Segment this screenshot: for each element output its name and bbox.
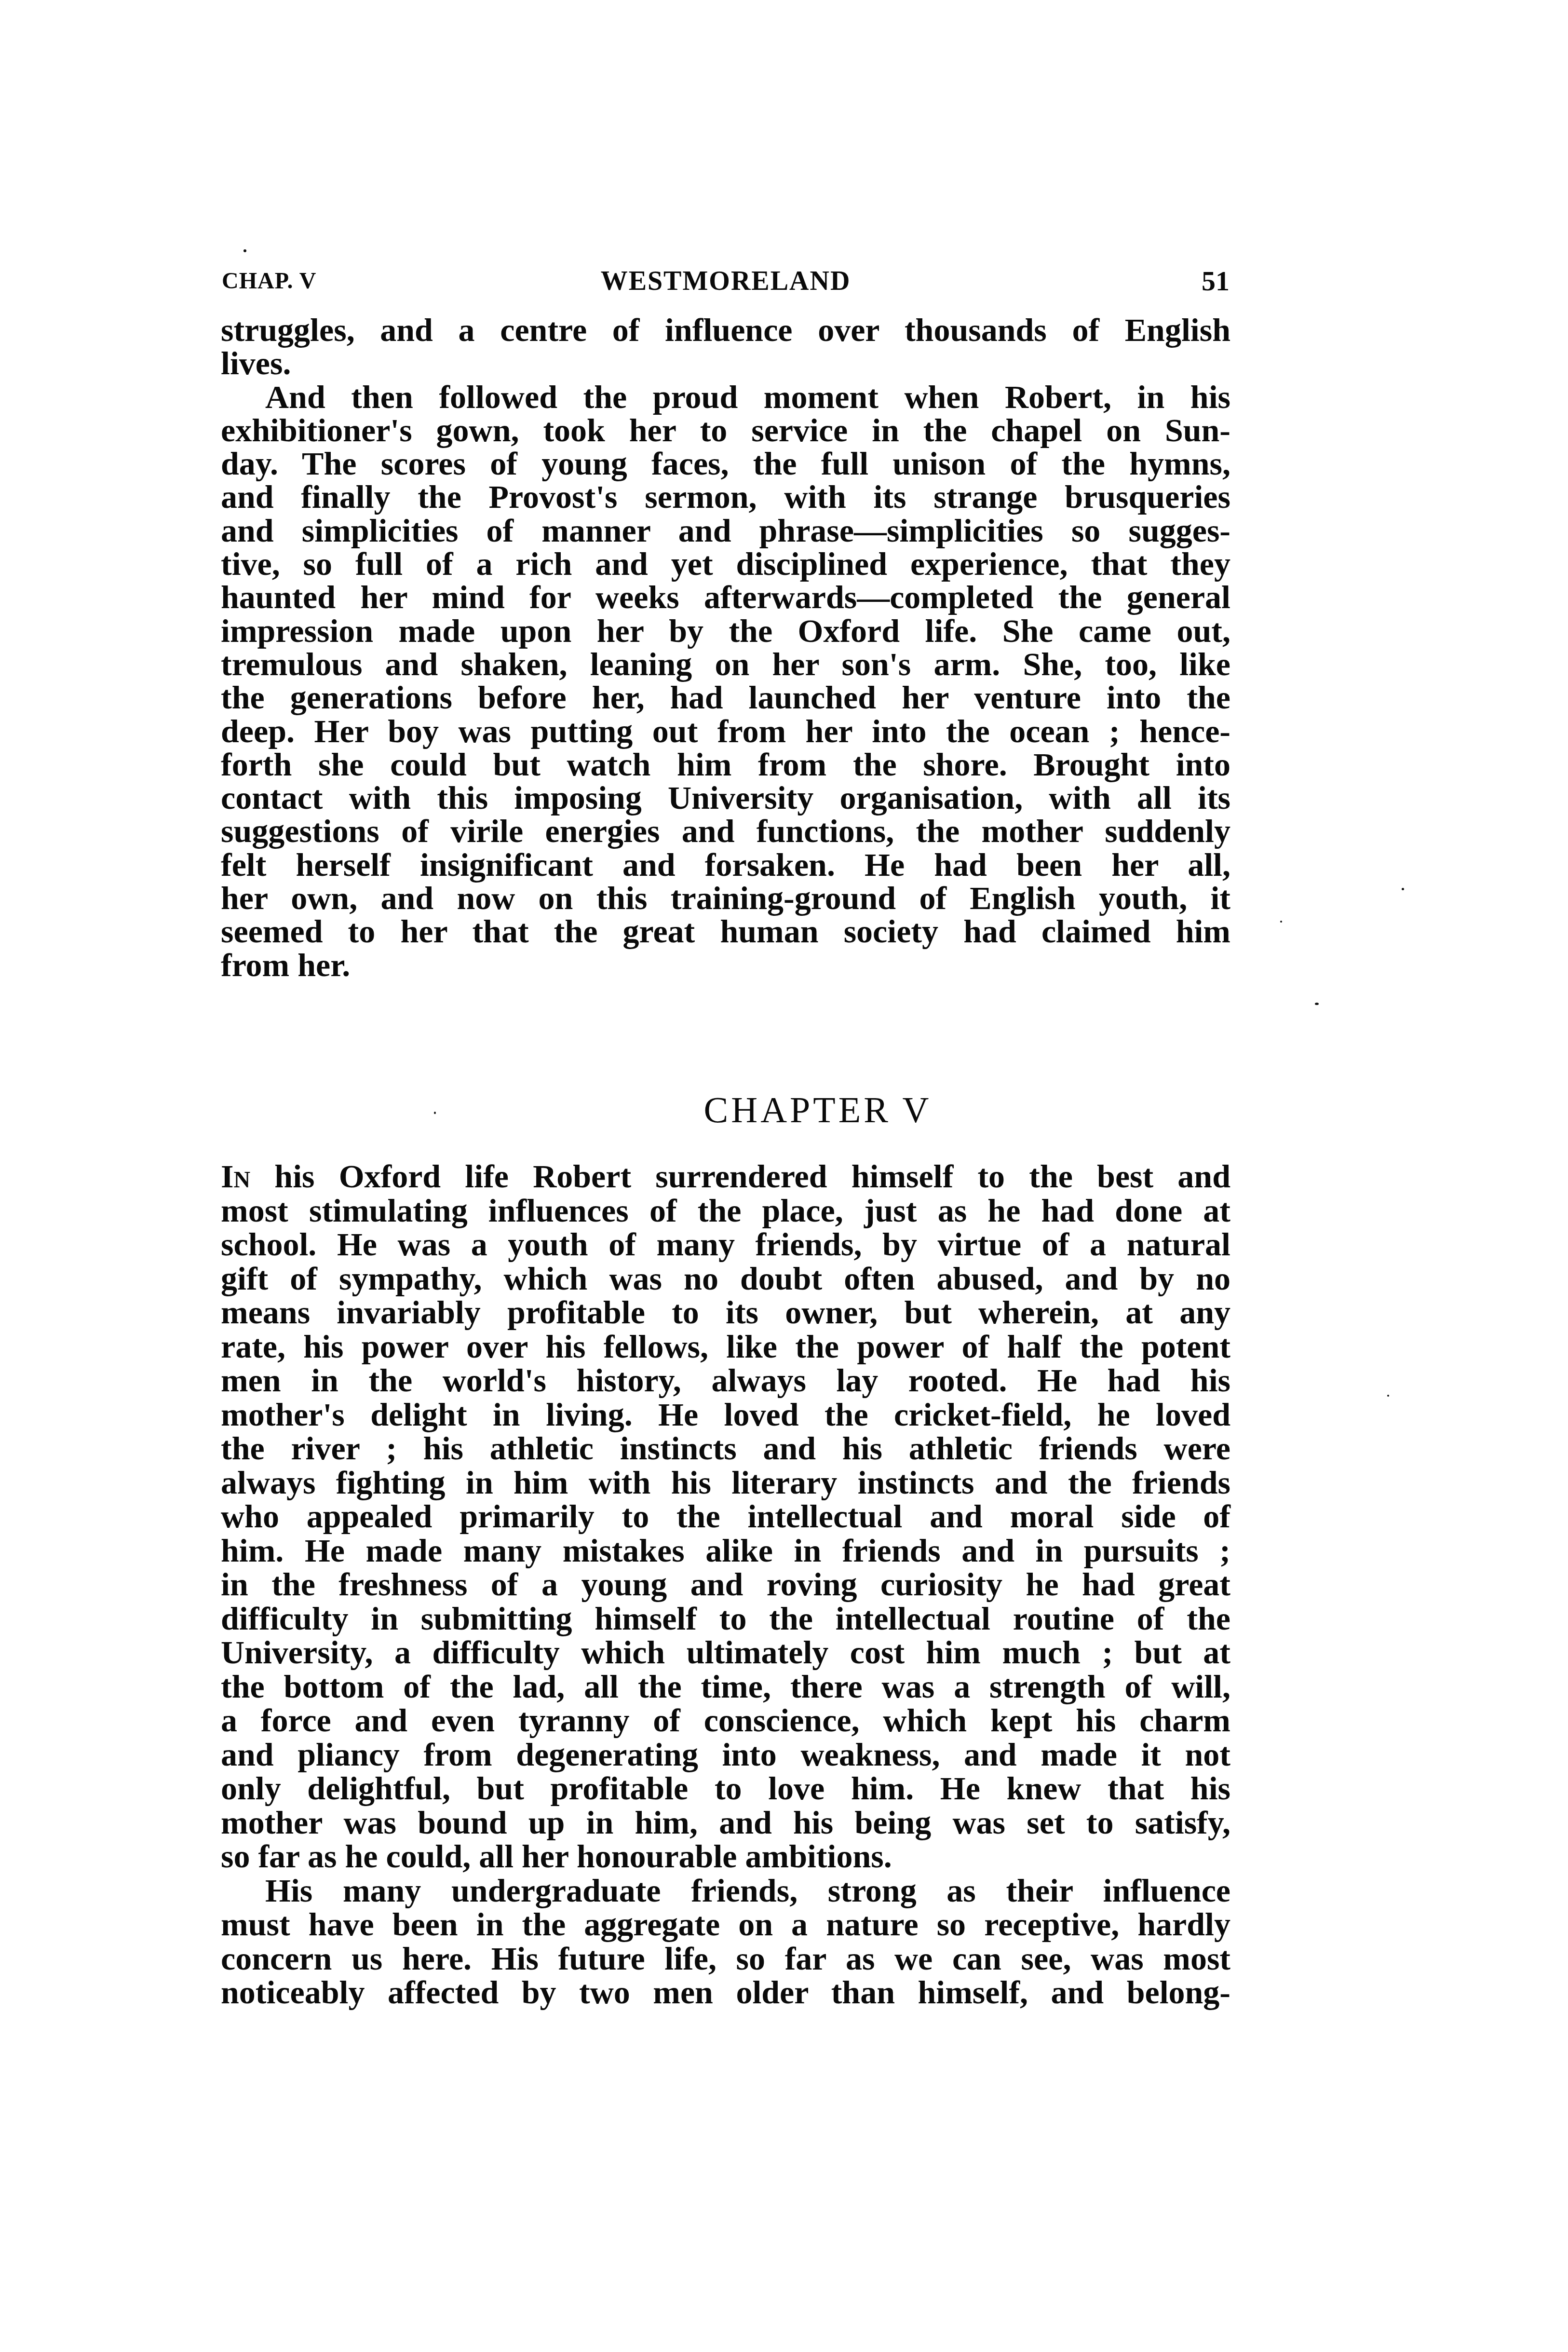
text-line: in the freshness of a young and roving c… (221, 1567, 1230, 1602)
text-line: her own, and now on this training-ground… (221, 882, 1230, 915)
text-line: day. The scores of young faces, the full… (221, 447, 1230, 480)
text-line: only delightful, but profitable to love … (221, 1771, 1230, 1806)
text-line: the bottom of the lad, all the time, the… (221, 1670, 1230, 1704)
text-line: deep. Her boy was putting out from her i… (221, 715, 1230, 748)
text-line: rate, his power over his fellows, like t… (221, 1330, 1230, 1364)
text-line: him. He made many mistakes alike in frie… (221, 1534, 1230, 1568)
text-line: the river ; his athletic instincts and h… (221, 1431, 1230, 1466)
text-line: a force and even tyranny of conscience, … (221, 1703, 1230, 1738)
running-head: CHAP. V WESTMORELAND 51 (222, 264, 1230, 298)
page-number: 51 (1202, 264, 1230, 298)
text-line: and simplicities of manner and phrase—si… (221, 514, 1230, 547)
text-line: most stimulating influences of the place… (221, 1194, 1230, 1228)
text-line: so far as he could, all her honourable a… (221, 1839, 1230, 1874)
text-line: tive, so full of a rich and yet discipli… (221, 547, 1230, 581)
text-line: impression made upon her by the Oxford l… (221, 614, 1230, 648)
scan-speck (1387, 1395, 1389, 1397)
scan-speck (1315, 1003, 1319, 1005)
text-line: concern us here. His future life, so far… (221, 1942, 1230, 1976)
text-line: His many undergraduate friends, strong a… (221, 1874, 1230, 1908)
text-line: must have been in the aggregate on a nat… (221, 1907, 1230, 1942)
text-line: the generations before her, had launched… (221, 681, 1230, 714)
text-line-opening: In his Oxford life Robert surrendered hi… (221, 1159, 1230, 1194)
text-line: means invariably profitable to its owner… (221, 1295, 1230, 1330)
text-line: tremulous and shaken, leaning on her son… (221, 648, 1230, 681)
opening-small-caps: In (221, 1158, 250, 1195)
chapter-heading-text: CHAPTER V (704, 1091, 932, 1129)
running-head-title: WESTMORELAND (222, 264, 1230, 298)
chapter-heading: CHAPTER V (0, 1091, 1568, 1129)
text-line: felt herself insignificant and forsaken.… (221, 848, 1230, 882)
text-line: And then followed the proud moment when … (221, 381, 1230, 414)
chapter-body-text: In his Oxford life Robert surrendered hi… (221, 1159, 1230, 2010)
text-line: mother was bound up in him, and his bein… (221, 1806, 1230, 1840)
text-line: gift of sympathy, which was no doubt oft… (221, 1262, 1230, 1296)
text-line: lives. (221, 347, 1230, 380)
text-line: forth she could but watch him from the s… (221, 748, 1230, 781)
text-line: and finally the Provost's sermon, with i… (221, 480, 1230, 514)
text-line: difficulty in submitting himself to the … (221, 1602, 1230, 1636)
text-line: suggestions of virile energies and funct… (221, 815, 1230, 848)
text-line: noticeably affected by two men older tha… (221, 1975, 1230, 2010)
scan-speck (434, 1112, 436, 1114)
opening-line-rest: his Oxford life Robert surrendered himse… (274, 1158, 1230, 1195)
book-page: CHAP. V WESTMORELAND 51 struggles, and a… (0, 0, 1568, 2352)
section-a-text: struggles, and a centre of influence ove… (221, 313, 1230, 982)
text-line: University, a difficulty which ultimatel… (221, 1635, 1230, 1670)
scan-speck (1280, 921, 1282, 923)
text-line: from her. (221, 949, 1230, 982)
text-line: haunted her mind for weeks afterwards—co… (221, 581, 1230, 614)
text-line: seemed to her that the great human socie… (221, 915, 1230, 948)
text-line: mother's delight in living. He loved the… (221, 1398, 1230, 1432)
text-line: struggles, and a centre of influence ove… (221, 313, 1230, 347)
text-line: exhibitioner's gown, took her to service… (221, 414, 1230, 447)
text-line: and pliancy from degenerating into weakn… (221, 1738, 1230, 1772)
text-line: contact with this imposing University or… (221, 781, 1230, 815)
text-line: who appealed primarily to the intellectu… (221, 1499, 1230, 1534)
text-line: school. He was a youth of many friends, … (221, 1227, 1230, 1262)
text-line: men in the world's history, always lay r… (221, 1363, 1230, 1398)
scan-speck (1402, 888, 1404, 890)
text-line: always fighting in him with his literary… (221, 1466, 1230, 1500)
scan-speck (243, 249, 246, 252)
